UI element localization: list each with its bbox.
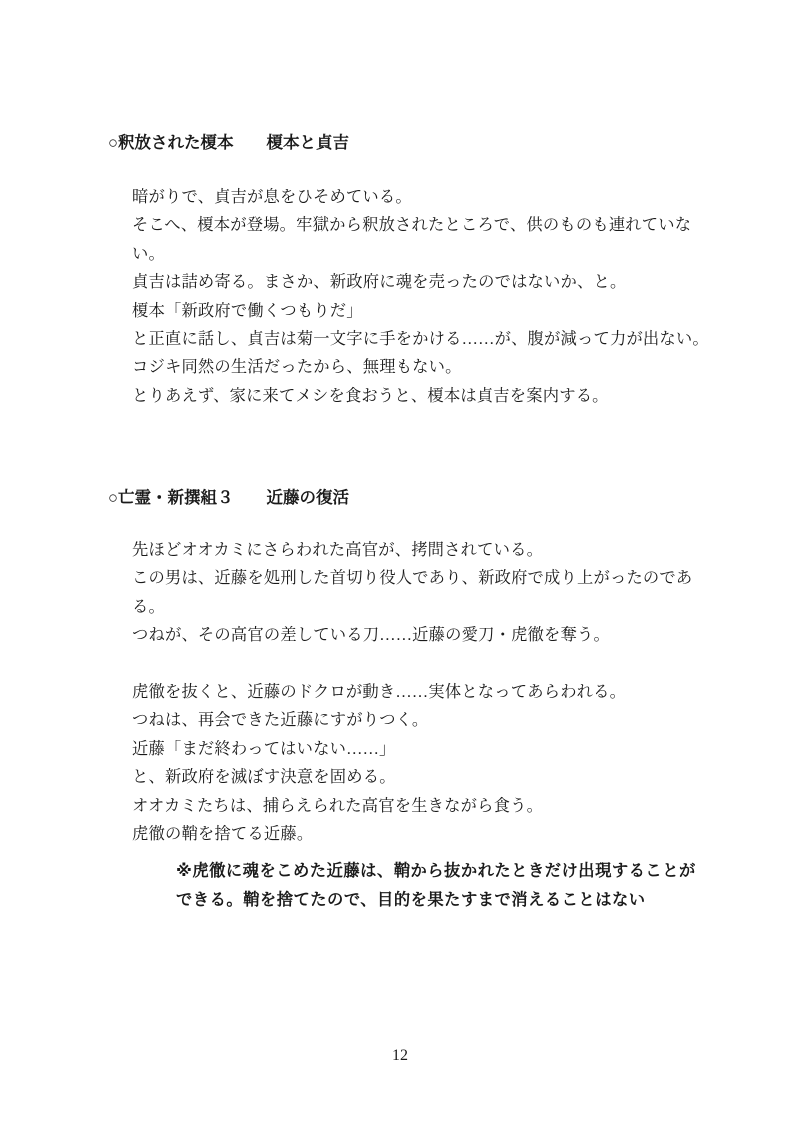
text-line: る。 (132, 593, 692, 621)
text-line: 貞吉は詰め寄る。まさか、新政府に魂を売ったのではないか、と。 (132, 268, 709, 296)
text-line: そこへ、榎本が登場。牢獄から釈放されたところで、供のものも連れていな (132, 211, 709, 239)
text-line: 虎徹を抜くと、近藤のドクロが動き……実体となってあらわれる。 (132, 678, 692, 706)
text-line: と正直に話し、貞吉は菊一文字に手をかける……が、腹が減って力が出ない。 (132, 325, 709, 353)
text-line: この男は、近藤を処刑した首切り役人であり、新政府で成り上がったのであ (132, 564, 692, 592)
note-line: ※虎徹に魂をこめた近藤は、鞘から抜かれたときだけ出現することが (176, 857, 696, 886)
scene-2-body: 先ほどオオカミにさらわれた高官が、拷問されている。 この男は、近藤を処刑した首切… (132, 536, 692, 848)
text-line: つねは、再会できた近藤にすがりつく。 (132, 706, 692, 734)
production-note: ※虎徹に魂をこめた近藤は、鞘から抜かれたときだけ出現することが できる。鞘を捨て… (176, 857, 696, 915)
page-number: 12 (0, 1045, 800, 1067)
text-line: つねが、その高官の差している刀……近藤の愛刀・虎徹を奪う。 (132, 621, 692, 649)
text-line: 先ほどオオカミにさらわれた高官が、拷問されている。 (132, 536, 692, 564)
text-line: と、新政府を滅ぼす決意を固める。 (132, 763, 692, 791)
text-line: い。 (132, 240, 709, 268)
scene-heading-2: ○亡霊・新撰組３ 近藤の復活 (108, 487, 349, 509)
text-line: 榎本「新政府で働くつもりだ」 (132, 297, 709, 325)
text-line: とりあえず、家に来てメシを食おうと、榎本は貞吉を案内する。 (132, 382, 709, 410)
text-line: 暗がりで、貞吉が息をひそめている。 (132, 183, 709, 211)
note-line: できる。鞘を捨てたので、目的を果たすまで消えることはない (176, 886, 696, 915)
document-page: ○釈放された榎本 榎本と貞吉 暗がりで、貞吉が息をひそめている。 そこへ、榎本が… (0, 0, 800, 1131)
scene-1-body: 暗がりで、貞吉が息をひそめている。 そこへ、榎本が登場。牢獄から釈放されたところ… (132, 183, 709, 410)
text-line: 近藤「まだ終わってはいない……」 (132, 735, 692, 763)
text-line: オオカミたちは、捕らえられた高官を生きながら食う。 (132, 792, 692, 820)
text-line: 虎徹の鞘を捨てる近藤。 (132, 820, 692, 848)
text-line: コジキ同然の生活だったから、無理もない。 (132, 353, 709, 381)
blank-line (132, 650, 692, 678)
scene-heading-1: ○釈放された榎本 榎本と貞吉 (108, 132, 349, 154)
